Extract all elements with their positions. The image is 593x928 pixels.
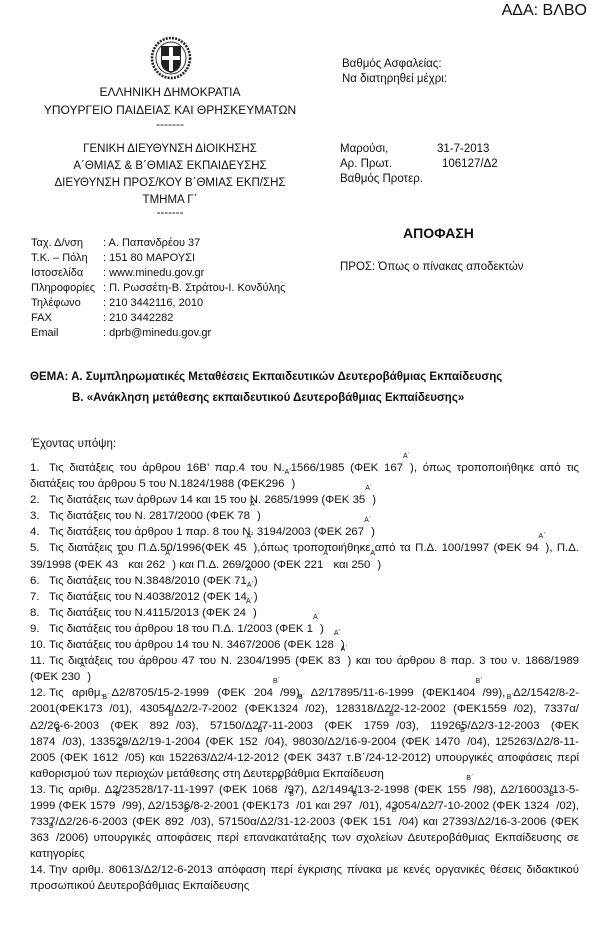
contact-value: : 210 3442282: [103, 312, 173, 324]
email-link[interactable]: : dprb@minedu.gov.gr: [103, 327, 211, 339]
item-number: 9.: [30, 621, 49, 637]
contact-label: FAX: [31, 312, 103, 324]
consideration-item: 2. Τις διατάξεις των άρθρων 14 και 15 το…: [30, 492, 579, 508]
item-text: Τις διατάξεις του άρθρου 18 του Π.Δ. 1/2…: [49, 623, 324, 635]
education-levels: Α΄ΘΜΙΑΣ & Β΄ΘΜΙΑΣ ΕΚΠΑΙΔΕΥΣΗΣ: [30, 160, 310, 172]
subject-line-b: Β. «Ανάκληση μετάθεσης εκπαιδευτικού Δευ…: [72, 392, 464, 404]
item-text: Τις διατάξεις του άρθρου 14 του Ν. 3467/…: [49, 639, 345, 651]
contact-label: Τηλέφωνο: [31, 297, 103, 309]
consideration-item: 8. Τις διατάξεις του Ν.4115/2013 (ΦΕΚ 24…: [30, 605, 579, 621]
item-text: Τις διατάξεις του Ν.3848/2010 (ΦΕΚ 71Α΄): [49, 575, 258, 587]
item-number: 8.: [30, 605, 49, 621]
contact-row: Ιστοσελίδα: www.minedu.gov.gr: [31, 267, 204, 279]
item-text: Τις διατάξεις του Ν.4115/2013 (ΦΕΚ 24Α΄): [49, 607, 257, 619]
consideration-item: 12. Τις αριθμ. Δ2/8705/15-2-1999 (ΦΕΚ 20…: [30, 685, 579, 782]
item-text: Τις διατάξεις του Ν. 2817/2000 (ΦΕΚ 78Α΄…: [49, 510, 261, 522]
consideration-item: 10. Τις διατάξεις του άρθρου 14 του Ν. 3…: [30, 637, 579, 653]
item-text: Τις διατάξεις των άρθρων 14 και 15 του Ν…: [49, 494, 376, 506]
greek-coat-of-arms-icon: [150, 36, 192, 80]
considerations-list: 1. Τις διατάξεις του άρθρου 16Β’ παρ.4 τ…: [30, 460, 579, 895]
item-number: 7.: [30, 589, 49, 605]
security-level-label: Βαθμός Ασφαλείας:: [342, 58, 442, 70]
item-number: 2.: [30, 492, 49, 508]
document-date: 31-7-2013: [437, 143, 489, 155]
item-text: Την αριθμ. 80613/Δ2/12-6-2013 απόφαση πε…: [30, 864, 579, 892]
contact-row: Πληροφορίες: Π. Ρωσσέτη-Β. Στράτου-Ι. Κο…: [31, 282, 285, 294]
directorate-general: ΓΕΝΙΚΗ ΔΙΕΥΘΥΝΣΗ ΔΙΟΙΚΗΣΗΣ: [30, 143, 310, 155]
contact-row: Τ.Κ. – Πόλη: 151 80 ΜΑΡΟΥΣΙ: [31, 252, 195, 264]
consideration-item: 9. Τις διατάξεις του άρθρου 18 του Π.Δ. …: [30, 621, 579, 637]
item-number: 14.: [30, 862, 49, 878]
contact-value: : 210 3442116, 2010: [103, 297, 203, 309]
contact-label: Ταχ. Δ/νση: [31, 237, 103, 249]
item-number: 6.: [30, 573, 49, 589]
priority-label: Βαθμός Προτερ.: [340, 173, 423, 185]
item-number: 5.: [30, 540, 49, 556]
consideration-item: 1. Τις διατάξεις του άρθρου 16Β’ παρ.4 τ…: [30, 460, 579, 492]
item-number: 11.: [30, 653, 49, 669]
contact-value: : Α. Παπανδρέου 37: [103, 237, 200, 249]
place-label: Μαρούσι,: [340, 143, 388, 155]
item-number: 10.: [30, 637, 49, 653]
contact-row: Email: dprb@minedu.gov.gr: [31, 327, 211, 339]
protocol-number: 106127/Δ2: [442, 158, 498, 170]
contact-row: FAX: 210 3442282: [31, 312, 173, 324]
document-title: ΑΠΟΦΑΣΗ: [403, 225, 474, 241]
recipients: ΠΡΟΣ: Όπως ο πίνακας αποδεκτών: [340, 261, 524, 273]
contact-value: : Π. Ρωσσέτη-Β. Στράτου-Ι. Κονδύλης: [103, 282, 285, 294]
contact-row: Τηλέφωνο: 210 3442116, 2010: [31, 297, 203, 309]
header-separator: -------: [30, 117, 310, 131]
contact-label: Email: [31, 327, 103, 339]
consideration-item: 7. Τις διατάξεις του Ν.4038/2012 (ΦΕΚ 14…: [30, 589, 579, 605]
directorate: ΔΙΕΥΘΥΝΣΗ ΠΡΟΣ/ΚΟΥ Β΄ΘΜΙΑΣ ΕΚΠ/ΣΗΣ: [30, 177, 310, 189]
contact-value: : 151 80 ΜΑΡΟΥΣΙ: [103, 252, 195, 264]
ada-code: ΑΔΑ: ΒΛΒΟ: [502, 2, 587, 20]
item-text: Τις διατάξεις του άρθρου 1 παρ. 8 του Ν.…: [49, 526, 375, 538]
item-text: Τις διατάξεις του άρθρου 47 του Ν. 2304/…: [30, 655, 579, 683]
considerations-intro: Έχοντας υπόψη:: [31, 438, 116, 450]
item-text: Τις διατάξεις του Π.Δ.50/1996(ΦΕΚ 45Α΄),…: [30, 542, 579, 570]
consideration-item: 4. Τις διατάξεις του άρθρου 1 παρ. 8 του…: [30, 524, 579, 540]
protocol-label: Αρ. Πρωτ.: [340, 158, 392, 170]
item-number: 12.: [30, 685, 49, 701]
website-link[interactable]: : www.minedu.gov.gr: [103, 267, 204, 279]
header-separator-2: -------: [30, 207, 310, 219]
contact-row: Ταχ. Δ/νση: Α. Παπανδρέου 37: [31, 237, 200, 249]
item-number: 13.: [30, 782, 49, 798]
retain-until-label: Να διατηρηθεί μέχρι:: [342, 73, 447, 85]
department: ΤΜΗΜΑ Γ΄: [30, 194, 310, 206]
consideration-item: 6. Τις διατάξεις του Ν.3848/2010 (ΦΕΚ 71…: [30, 573, 579, 589]
subject-line-a: ΘΕΜΑ: Α. Συμπληρωματικές Μεταθέσεις Εκπα…: [30, 371, 502, 383]
consideration-item: 11. Τις διατάξεις του άρθρου 47 του Ν. 2…: [30, 653, 579, 685]
item-text: Τις αριθμ. Δ2/23528/17-11-1997 (ΦΕΚ 1068…: [30, 784, 579, 860]
item-number: 1.: [30, 460, 49, 476]
consideration-item: 14. Την αριθμ. 80613/Δ2/12-6-2013 απόφασ…: [30, 862, 579, 894]
item-text: Τις διατάξεις του Ν.4038/2012 (ΦΕΚ 14Α΄): [49, 591, 258, 603]
consideration-item: 5. Τις διατάξεις του Π.Δ.50/1996(ΦΕΚ 45Α…: [30, 540, 579, 572]
contact-label: Τ.Κ. – Πόλη: [31, 252, 103, 264]
item-number: 3.: [30, 508, 49, 524]
contact-label: Ιστοσελίδα: [31, 267, 103, 279]
item-text: Τις αριθμ. Δ2/8705/15-2-1999 (ΦΕΚ 204Β΄/…: [30, 687, 579, 779]
item-number: 4.: [30, 524, 49, 540]
ministry-heading: ΥΠΟΥΡΓΕΙΟ ΠΑΙΔΕΙΑΣ ΚΑΙ ΘΡΗΣΚΕΥΜΑΤΩΝ: [30, 103, 310, 117]
item-text: Τις διατάξεις του άρθρου 16Β’ παρ.4 του …: [30, 462, 579, 490]
consideration-item: 13. Τις αριθμ. Δ2/23528/17-11-1997 (ΦΕΚ …: [30, 782, 579, 862]
consideration-item: 3. Τις διατάξεις του Ν. 2817/2000 (ΦΕΚ 7…: [30, 508, 579, 524]
republic-heading: ΕΛΛΗΝΙΚΗ ΔΗΜΟΚΡΑΤΙΑ: [30, 85, 310, 99]
contact-label: Πληροφορίες: [31, 282, 103, 294]
